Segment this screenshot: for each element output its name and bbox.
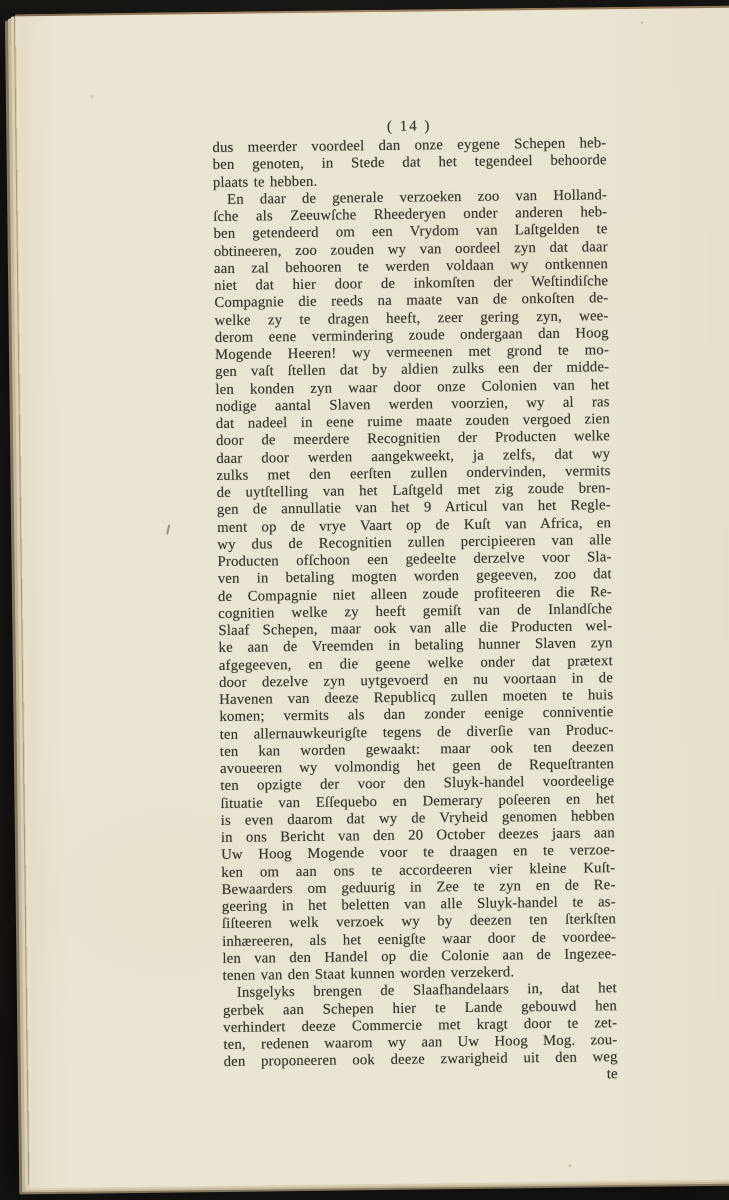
catchword: te: [607, 1066, 618, 1082]
stray-ink-mark: [166, 524, 170, 534]
catchword-row: te: [224, 1066, 618, 1088]
text-block: dus meerder voordeel dan onze eygene Sch…: [212, 135, 617, 1071]
book-page: ( 14 ) dus meerder voordeel dan onze eyg…: [15, 6, 729, 1189]
page-top-edge: [15, 6, 729, 17]
page-fore-edge-stack: [14, 16, 32, 1184]
scan-background: ( 14 ) dus meerder voordeel dan onze eyg…: [0, 0, 729, 1200]
page-number: ( 14 ): [212, 116, 606, 138]
